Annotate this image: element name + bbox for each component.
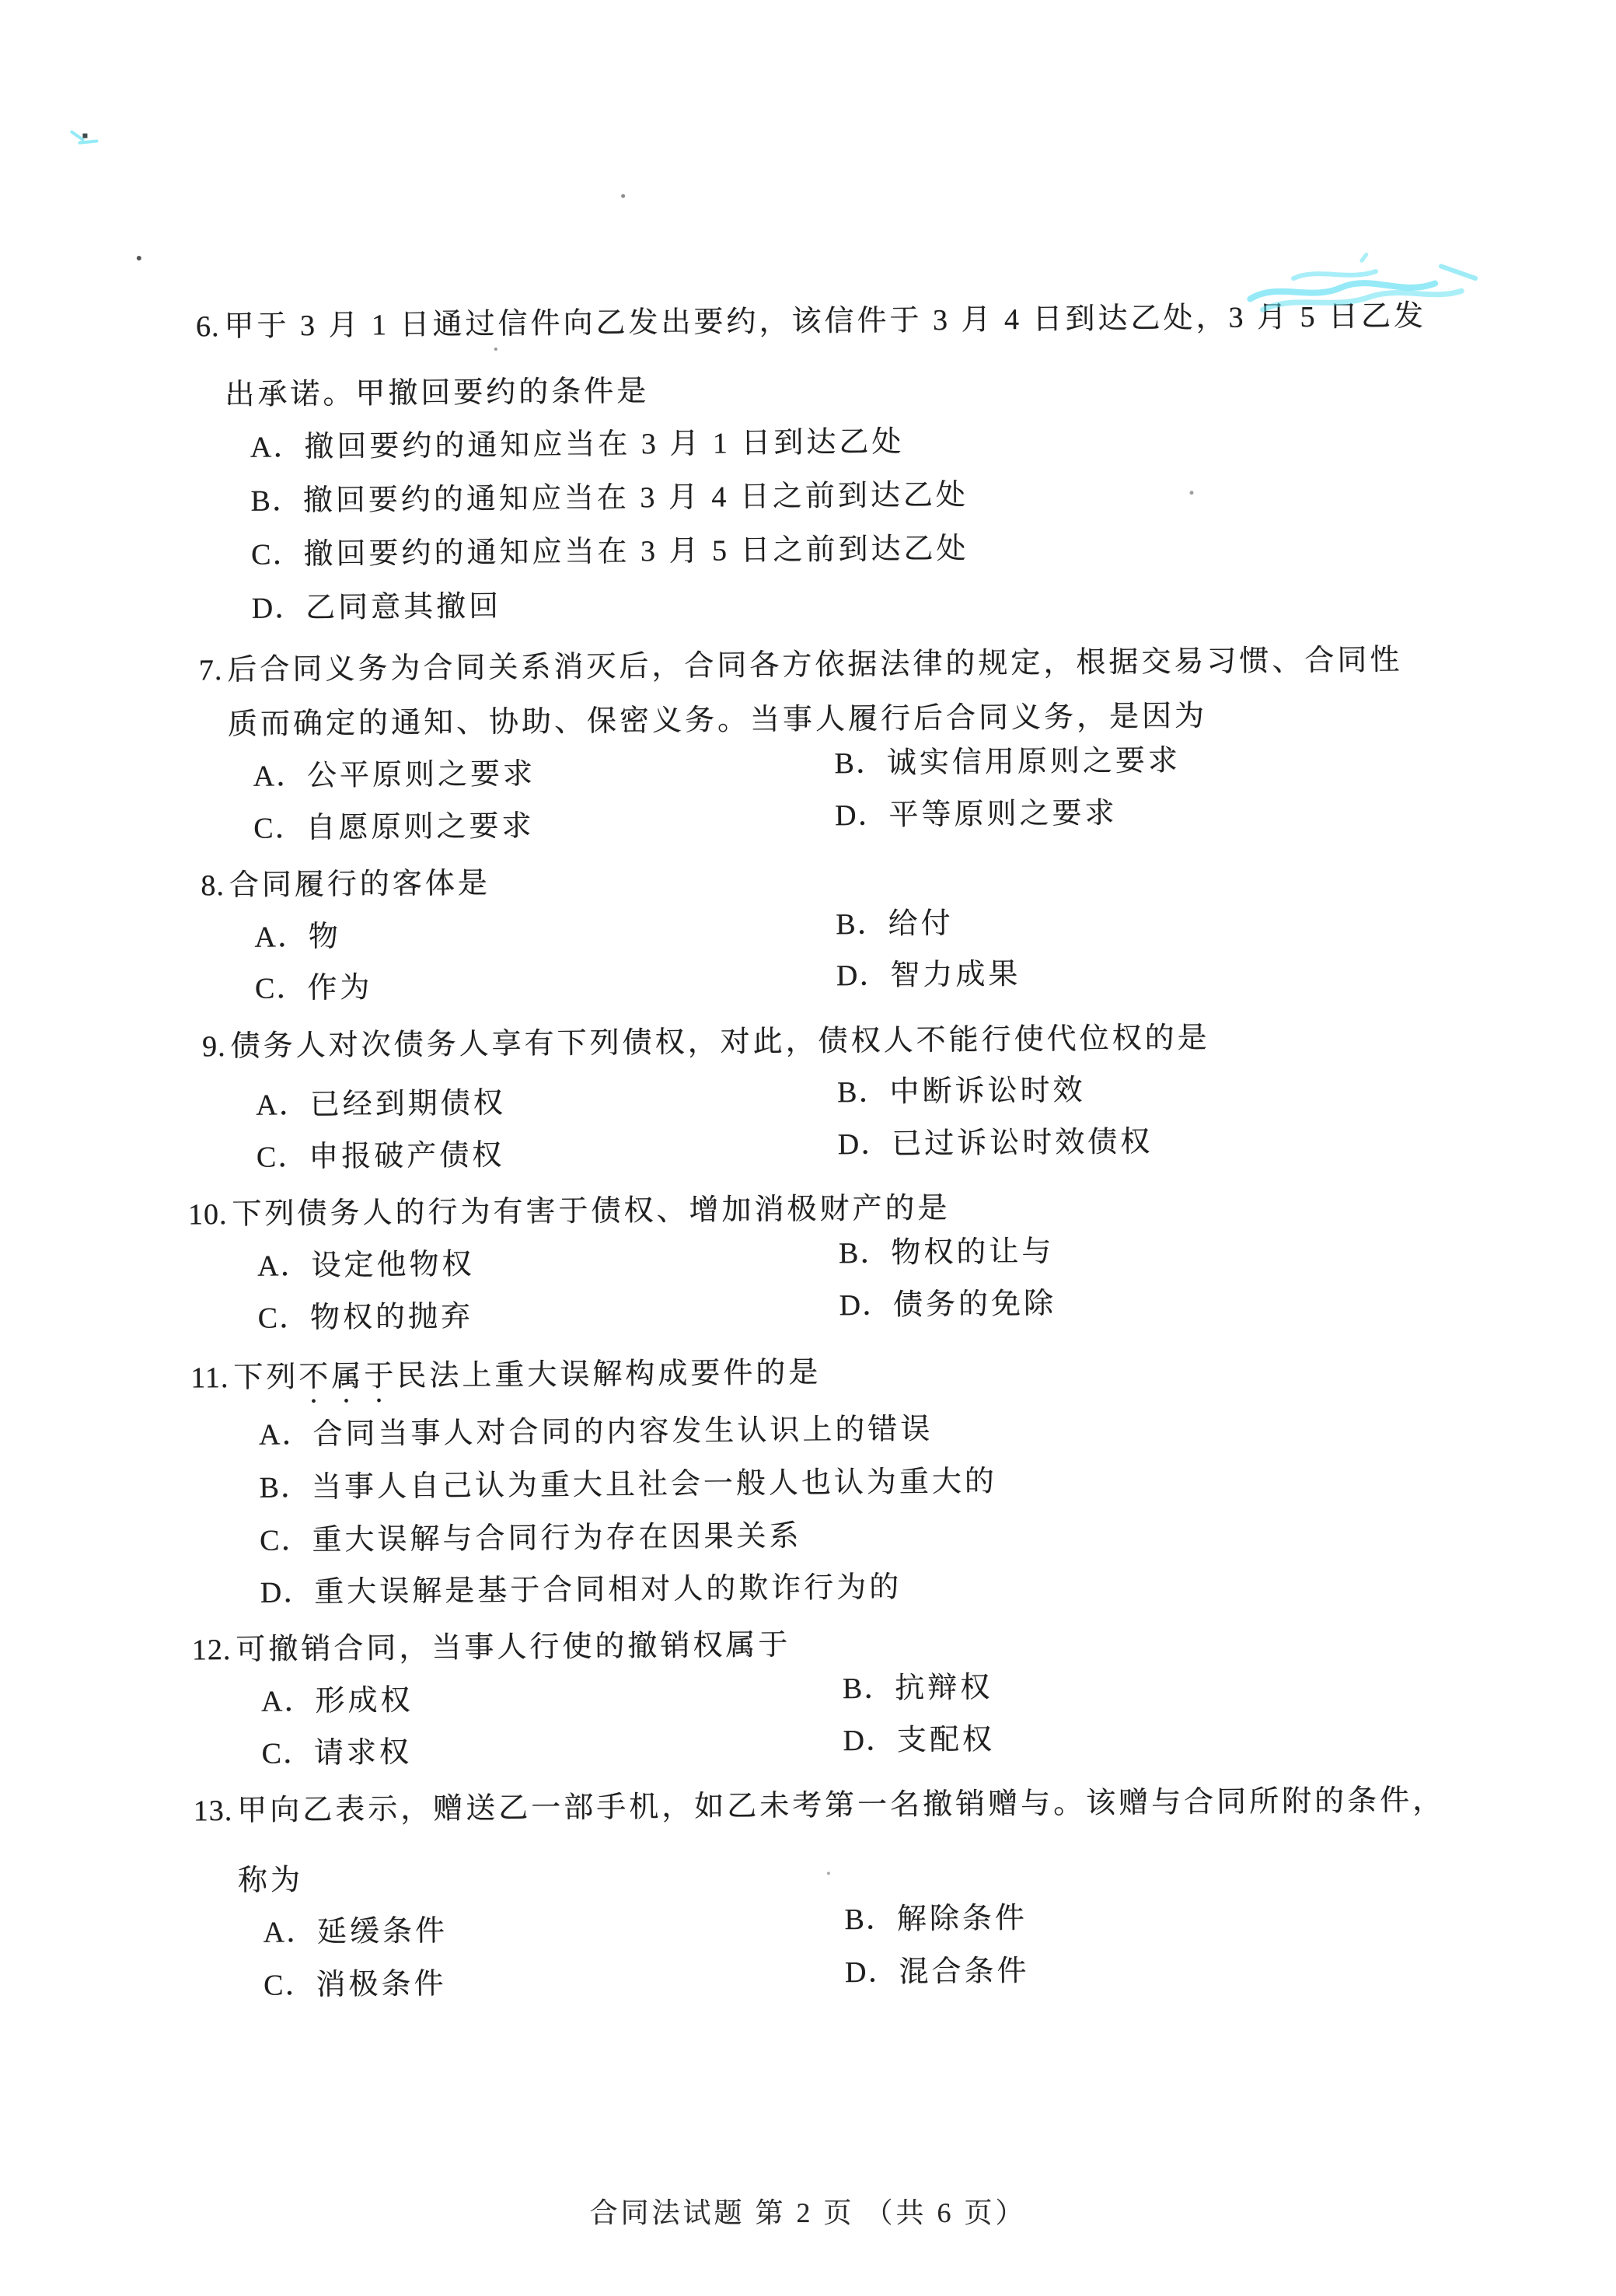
option-text: 重大误解与合同行为存在因果关系	[312, 1520, 801, 1557]
option-text: 债务的免除	[893, 1288, 1056, 1322]
option-text: 重大误解是基于合同相对人的欺诈行为的	[314, 1571, 902, 1609]
option-text: 设定他物权	[311, 1248, 474, 1282]
question-6-line-1: 甲于 3 月 1 日通过信件向乙发出要约，该信件于 3 月 4 日到达乙处，3 …	[224, 296, 1609, 377]
question-text: 民法上重大误解构成要件的是	[396, 1356, 821, 1393]
option-label: C．	[255, 972, 308, 1005]
option-text: 给付	[888, 907, 953, 941]
question-10-option-b: B．物权的让与	[839, 1233, 1055, 1272]
question-10-number: 10.	[0, 1196, 227, 1235]
option-label: B．	[836, 908, 888, 942]
option-text: 合同当事人对合同的内容发生认识上的错误	[312, 1413, 933, 1451]
option-text: 撤回要约的通知应当在 3 月 4 日之前到达乙处	[303, 479, 969, 517]
option-label: B．	[843, 1672, 895, 1706]
option-text: 物权的抛弃	[310, 1300, 473, 1334]
question-12-option-d: D．支配权	[843, 1721, 995, 1760]
option-label: B．	[839, 1237, 892, 1270]
question-7-option-b: B．诚实信用原则之要求	[834, 742, 1181, 782]
question-9-option-b: B．中断诉讼时效	[837, 1071, 1086, 1111]
option-label: B．	[837, 1076, 890, 1110]
option-label: A．	[256, 1089, 310, 1122]
option-label: B．	[250, 484, 303, 518]
option-label: D．	[836, 959, 891, 993]
question-7-number: 7.	[0, 652, 223, 691]
emphasized-text: 不属于	[298, 1360, 396, 1393]
option-text: 撤回要约的通知应当在 3 月 5 日之前到达乙处	[303, 533, 969, 571]
option-label: A．	[250, 431, 305, 464]
option-text: 形成权	[315, 1684, 413, 1718]
option-label: A．	[263, 1916, 317, 1949]
question-7-option-d: D．平等原则之要求	[835, 795, 1118, 834]
option-label: C．	[260, 1524, 312, 1557]
option-text: 自愿原则之要求	[305, 810, 534, 845]
option-label: D．	[839, 1289, 893, 1323]
question-13-number: 13.	[5, 1792, 232, 1832]
question-12: 12. 可撤销合同，当事人行使的撤销权属于 A．形成权 B．抗辩权 C．请求权 …	[4, 1619, 1616, 1774]
option-text: 延缓条件	[317, 1915, 448, 1948]
option-text: 中断诉讼时效	[889, 1074, 1085, 1108]
question-7: 7. 后合同义务为合同关系消灭后，合同各方依据法律的规定，根据交易习惯、合同性 …	[0, 640, 1613, 850]
question-11-number: 11.	[2, 1359, 229, 1399]
option-label: A．	[259, 1418, 313, 1452]
question-9-option-d: D．已过诉讼时效债权	[838, 1124, 1154, 1164]
question-8-option-b: B．给付	[836, 905, 954, 943]
question-13-option-b: B．解除条件	[844, 1899, 1028, 1938]
option-text: 物	[309, 921, 341, 953]
option-text: 物权的让与	[891, 1235, 1054, 1270]
scan-speck	[1189, 491, 1193, 494]
question-text: 下列	[233, 1361, 298, 1394]
option-label: D．	[252, 592, 306, 625]
question-12-number: 12.	[4, 1631, 231, 1671]
scanned-content: 6. 甲于 3 月 1 日通过信件向乙发出要约，该信件于 3 月 4 日到达乙处…	[0, 0, 1616, 2296]
option-label: D．	[845, 1956, 899, 1990]
pen-mark	[68, 127, 99, 147]
option-text: 公平原则之要求	[307, 758, 536, 793]
option-text: 支配权	[897, 1723, 995, 1756]
option-text: 混合条件	[899, 1955, 1029, 1988]
option-label: D．	[835, 799, 889, 833]
page-footer: 合同法试题 第 2 页 （共 6 页）	[0, 2191, 1616, 2231]
question-12-option-b: B．抗辩权	[843, 1669, 993, 1707]
option-label: C．	[261, 1737, 314, 1770]
option-label: B．	[834, 747, 887, 781]
option-text: 撤回要约的通知应当在 3 月 1 日到达乙处	[304, 425, 904, 463]
scan-speck	[494, 348, 497, 351]
question-13-option-d: D．混合条件	[845, 1952, 1030, 1991]
option-text: 平等原则之要求	[888, 797, 1117, 832]
question-13: 13. 甲向乙表示，赠送乙一部手机，如乙未考第一名撤销赠与。该赠与合同所附的条件…	[5, 1780, 1616, 2006]
option-label: C．	[258, 1302, 311, 1335]
exam-page: 6. 甲于 3 月 1 日通过信件向乙发出要约，该信件于 3 月 4 日到达乙处…	[0, 0, 1616, 2296]
question-8-option-d: D．智力成果	[836, 956, 1021, 994]
question-9: 9. 债务人对次债务人享有下列债权，对此，债权人不能行使代位权的是 A．已经到期…	[0, 1015, 1616, 1178]
scan-speck	[137, 256, 141, 260]
option-text: 消极条件	[316, 1968, 446, 2001]
option-text: 申报破产债权	[309, 1139, 504, 1173]
question-9-number: 9.	[0, 1028, 226, 1068]
question-6: 6. 甲于 3 月 1 日通过信件向乙发出要约，该信件于 3 月 4 日到达乙处…	[0, 296, 1611, 630]
option-text: 解除条件	[897, 1902, 1028, 1935]
option-text: 乙同意其撤回	[305, 590, 501, 624]
question-10-option-d: D．债务的免除	[839, 1285, 1056, 1324]
option-label: D．	[838, 1128, 892, 1162]
option-label: C．	[264, 1969, 316, 2002]
option-label: C．	[251, 538, 304, 571]
option-label: B．	[844, 1903, 897, 1937]
scan-speck	[621, 194, 625, 198]
question-11: 11. 下列不属于民法上重大误解构成要件的是 A．合同当事人对合同的内容发生认识…	[2, 1347, 1616, 1613]
option-text: 已过诉讼时效债权	[892, 1126, 1153, 1161]
option-text: 诚实信用原则之要求	[887, 744, 1181, 779]
option-text: 智力成果	[890, 958, 1021, 991]
option-label: A．	[257, 1249, 312, 1283]
option-label: C．	[253, 812, 306, 845]
option-text: 请求权	[314, 1736, 412, 1770]
question-13-line-1: 甲向乙表示，赠送乙一部手机，如乙未考第一名撤销赠与。该赠与合同所附的条件，	[237, 1780, 1616, 1862]
scan-speck	[827, 1871, 830, 1875]
option-text: 已经到期债权	[310, 1087, 506, 1121]
option-label: A．	[254, 921, 309, 954]
question-10: 10. 下列债务人的行为有害于债权、增加消极财产的是 A．设定他物权 B．物权的…	[0, 1183, 1616, 1339]
option-label: D．	[260, 1576, 315, 1609]
option-text: 当事人自己认为重大且社会一般人也认为重大的	[312, 1465, 997, 1504]
option-label: A．	[253, 760, 307, 793]
option-text: 抗辩权	[895, 1671, 993, 1704]
option-label: C．	[257, 1141, 309, 1174]
option-text: 作为	[307, 971, 372, 1005]
option-label: A．	[261, 1685, 316, 1718]
question-8: 8. 合同履行的客体是 A．物 B．给付 C．作为 D．智力成果	[0, 854, 1614, 1009]
question-6-number: 6.	[0, 308, 220, 348]
question-8-number: 8.	[0, 867, 225, 907]
option-label: B．	[259, 1471, 312, 1504]
option-label: D．	[843, 1725, 897, 1758]
